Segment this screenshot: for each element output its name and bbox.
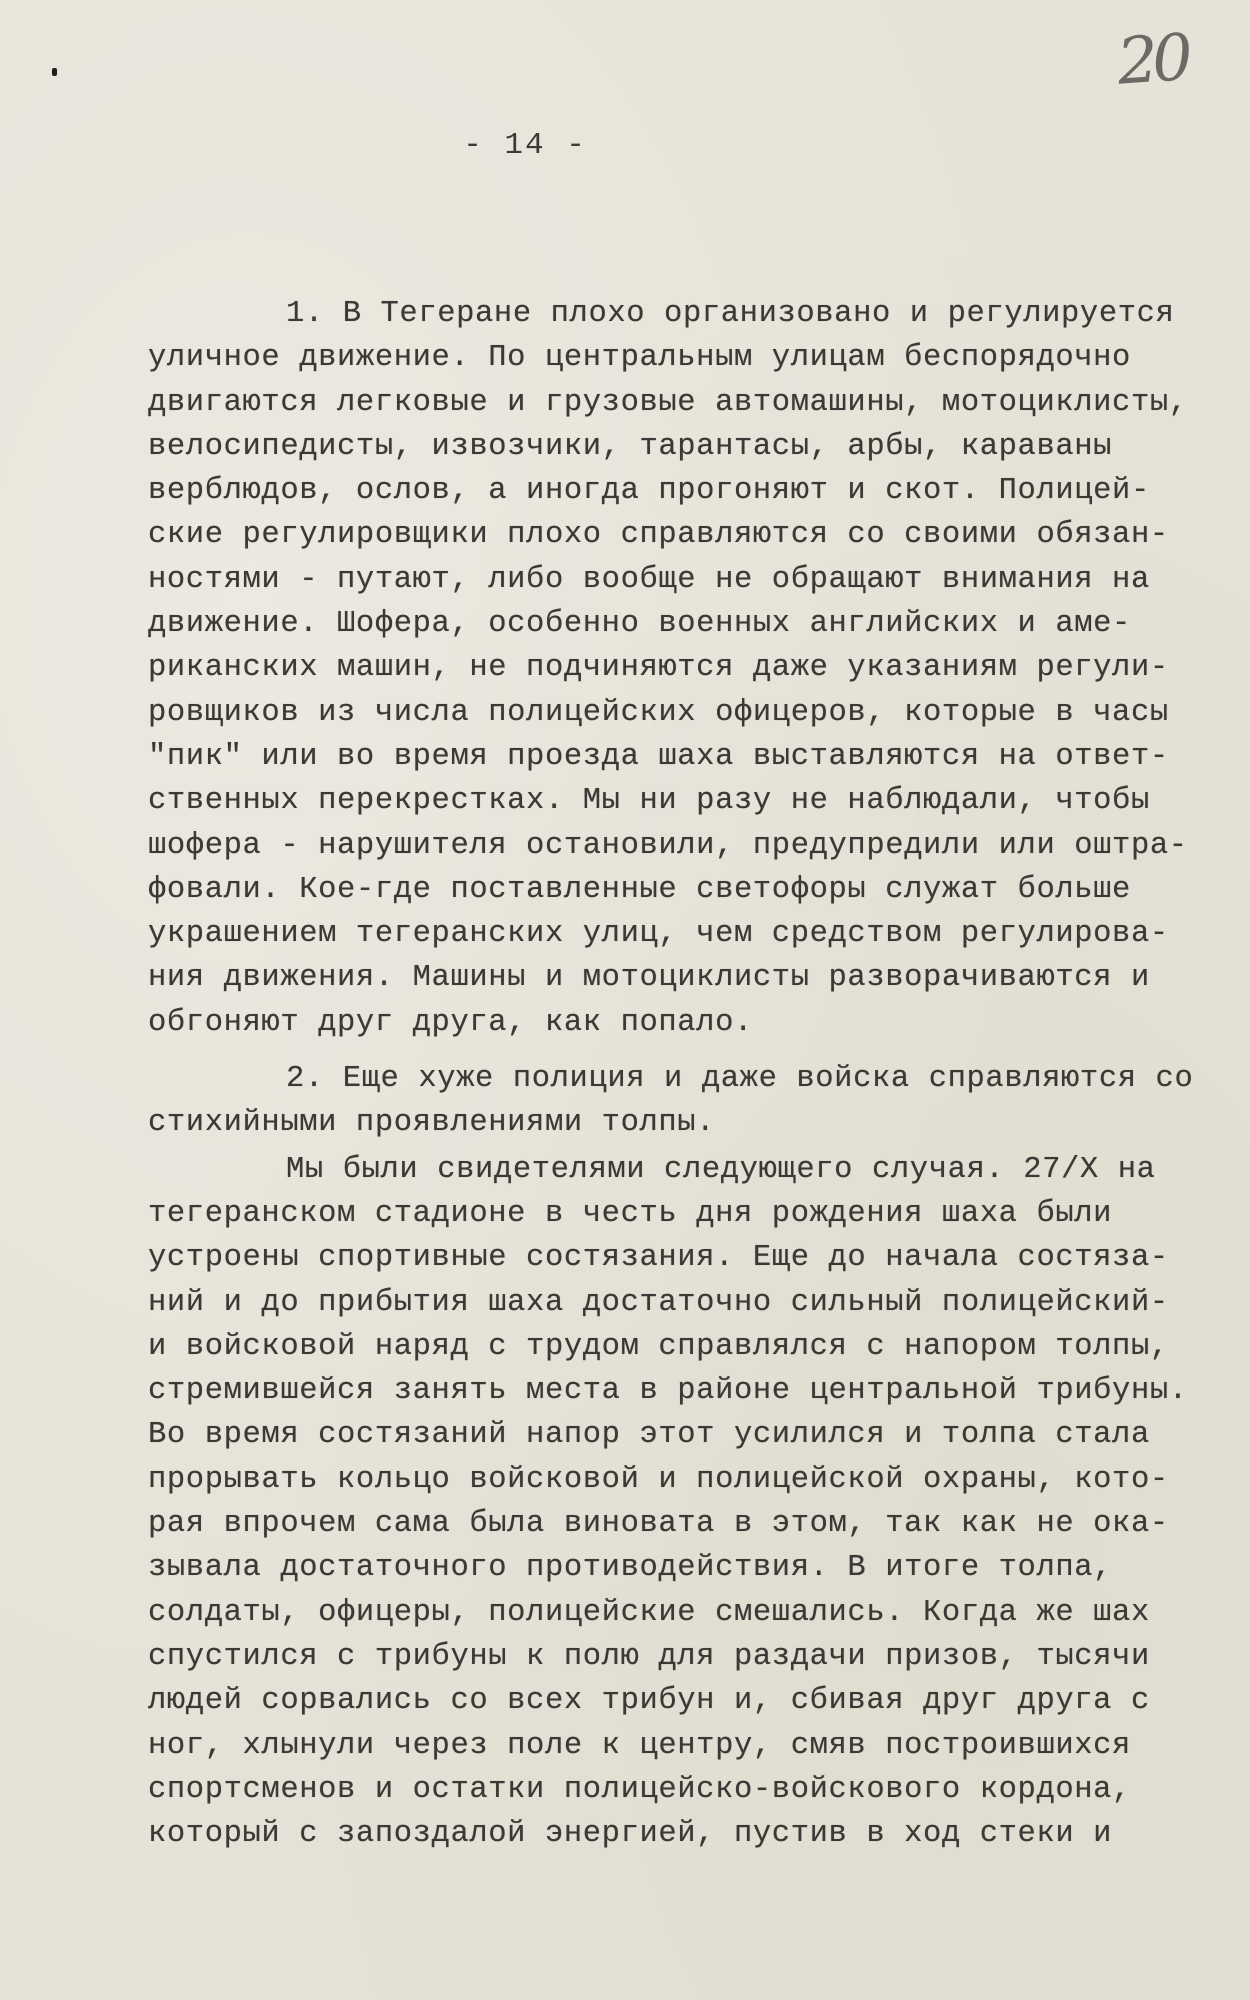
document-page: 20 - 14 - 1. В Тегеране плохо организова… <box>0 0 1250 2000</box>
text-line: двигаются легковые и грузовые автомашины… <box>148 381 1238 425</box>
text-line: который с запоздалой энергией, пустив в … <box>148 1812 1238 1856</box>
text-line: Мы были свидетелями следующего случая. 2… <box>148 1148 1238 1192</box>
text-line: и войсковой наряд с трудом справлялся с … <box>148 1325 1238 1369</box>
paragraph-3: Мы были свидетелями следующего случая. 2… <box>148 1148 1238 1857</box>
text-line: людей сорвались со всех трибун и, сбивая… <box>148 1679 1238 1723</box>
paragraph-2: 2. Еще хуже полиция и даже войска справл… <box>148 1057 1238 1146</box>
text-line: ские регулировщики плохо справляются со … <box>148 513 1238 557</box>
text-line: 2. Еще хуже полиция и даже войска справл… <box>148 1057 1238 1101</box>
text-line: ног, хлынули через поле к центру, смяв п… <box>148 1724 1238 1768</box>
text-line: украшением тегеранских улиц, чем средств… <box>148 912 1238 956</box>
text-line: Во время состязаний напор этот усилился … <box>148 1413 1238 1457</box>
text-line: стремившейся занять места в районе центр… <box>148 1369 1238 1413</box>
text-line: фовали. Кое-где поставленные светофоры с… <box>148 868 1238 912</box>
ink-speck <box>52 68 57 76</box>
text-line: тегеранском стадионе в честь дня рождени… <box>148 1192 1238 1236</box>
text-line: спустился с трибуны к полю для раздачи п… <box>148 1635 1238 1679</box>
text-line: ровщиков из числа полицейских офицеров, … <box>148 691 1238 735</box>
text-line: верблюдов, ослов, а иногда прогоняют и с… <box>148 469 1238 513</box>
text-line: ностями - путают, либо вообще не обращаю… <box>148 558 1238 602</box>
text-line: ственных перекрестках. Мы ни разу не наб… <box>148 779 1238 823</box>
text-line: риканских машин, не подчиняются даже ука… <box>148 646 1238 690</box>
text-line: "пик" или во время проезда шаха выставля… <box>148 735 1238 779</box>
text-line: устроены спортивные состязания. Еще до н… <box>148 1236 1238 1280</box>
text-line: рая впрочем сама была виновата в этом, т… <box>148 1502 1238 1546</box>
paragraph-1: 1. В Тегеране плохо организовано и регул… <box>148 292 1238 1045</box>
text-line: солдаты, офицеры, полицейские смешались.… <box>148 1591 1238 1635</box>
handwritten-folio-number: 20 <box>1115 18 1231 115</box>
text-line: прорывать кольцо войсковой и полицейской… <box>148 1458 1238 1502</box>
text-line: 1. В Тегеране плохо организовано и регул… <box>148 292 1238 336</box>
text-line: шофера - нарушителя остановили, предупре… <box>148 824 1238 868</box>
page-number: - 14 - <box>0 128 1050 163</box>
text-line: обгоняют друг друга, как попало. <box>148 1001 1238 1045</box>
text-line: стихийными проявлениями толпы. <box>148 1101 1238 1145</box>
text-line: движение. Шофера, особенно военных англи… <box>148 602 1238 646</box>
text-line: уличное движение. По центральным улицам … <box>148 336 1238 380</box>
text-line: ний и до прибытия шаха достаточно сильны… <box>148 1281 1238 1325</box>
typed-text-body: 1. В Тегеране плохо организовано и регул… <box>148 292 1238 1856</box>
text-line: велосипедисты, извозчики, тарантасы, арб… <box>148 425 1238 469</box>
text-line: зывала достаточного противодействия. В и… <box>148 1546 1238 1590</box>
text-line: спортсменов и остатки полицейско-войсков… <box>148 1768 1238 1812</box>
text-line: ния движения. Машины и мотоциклисты разв… <box>148 956 1238 1000</box>
